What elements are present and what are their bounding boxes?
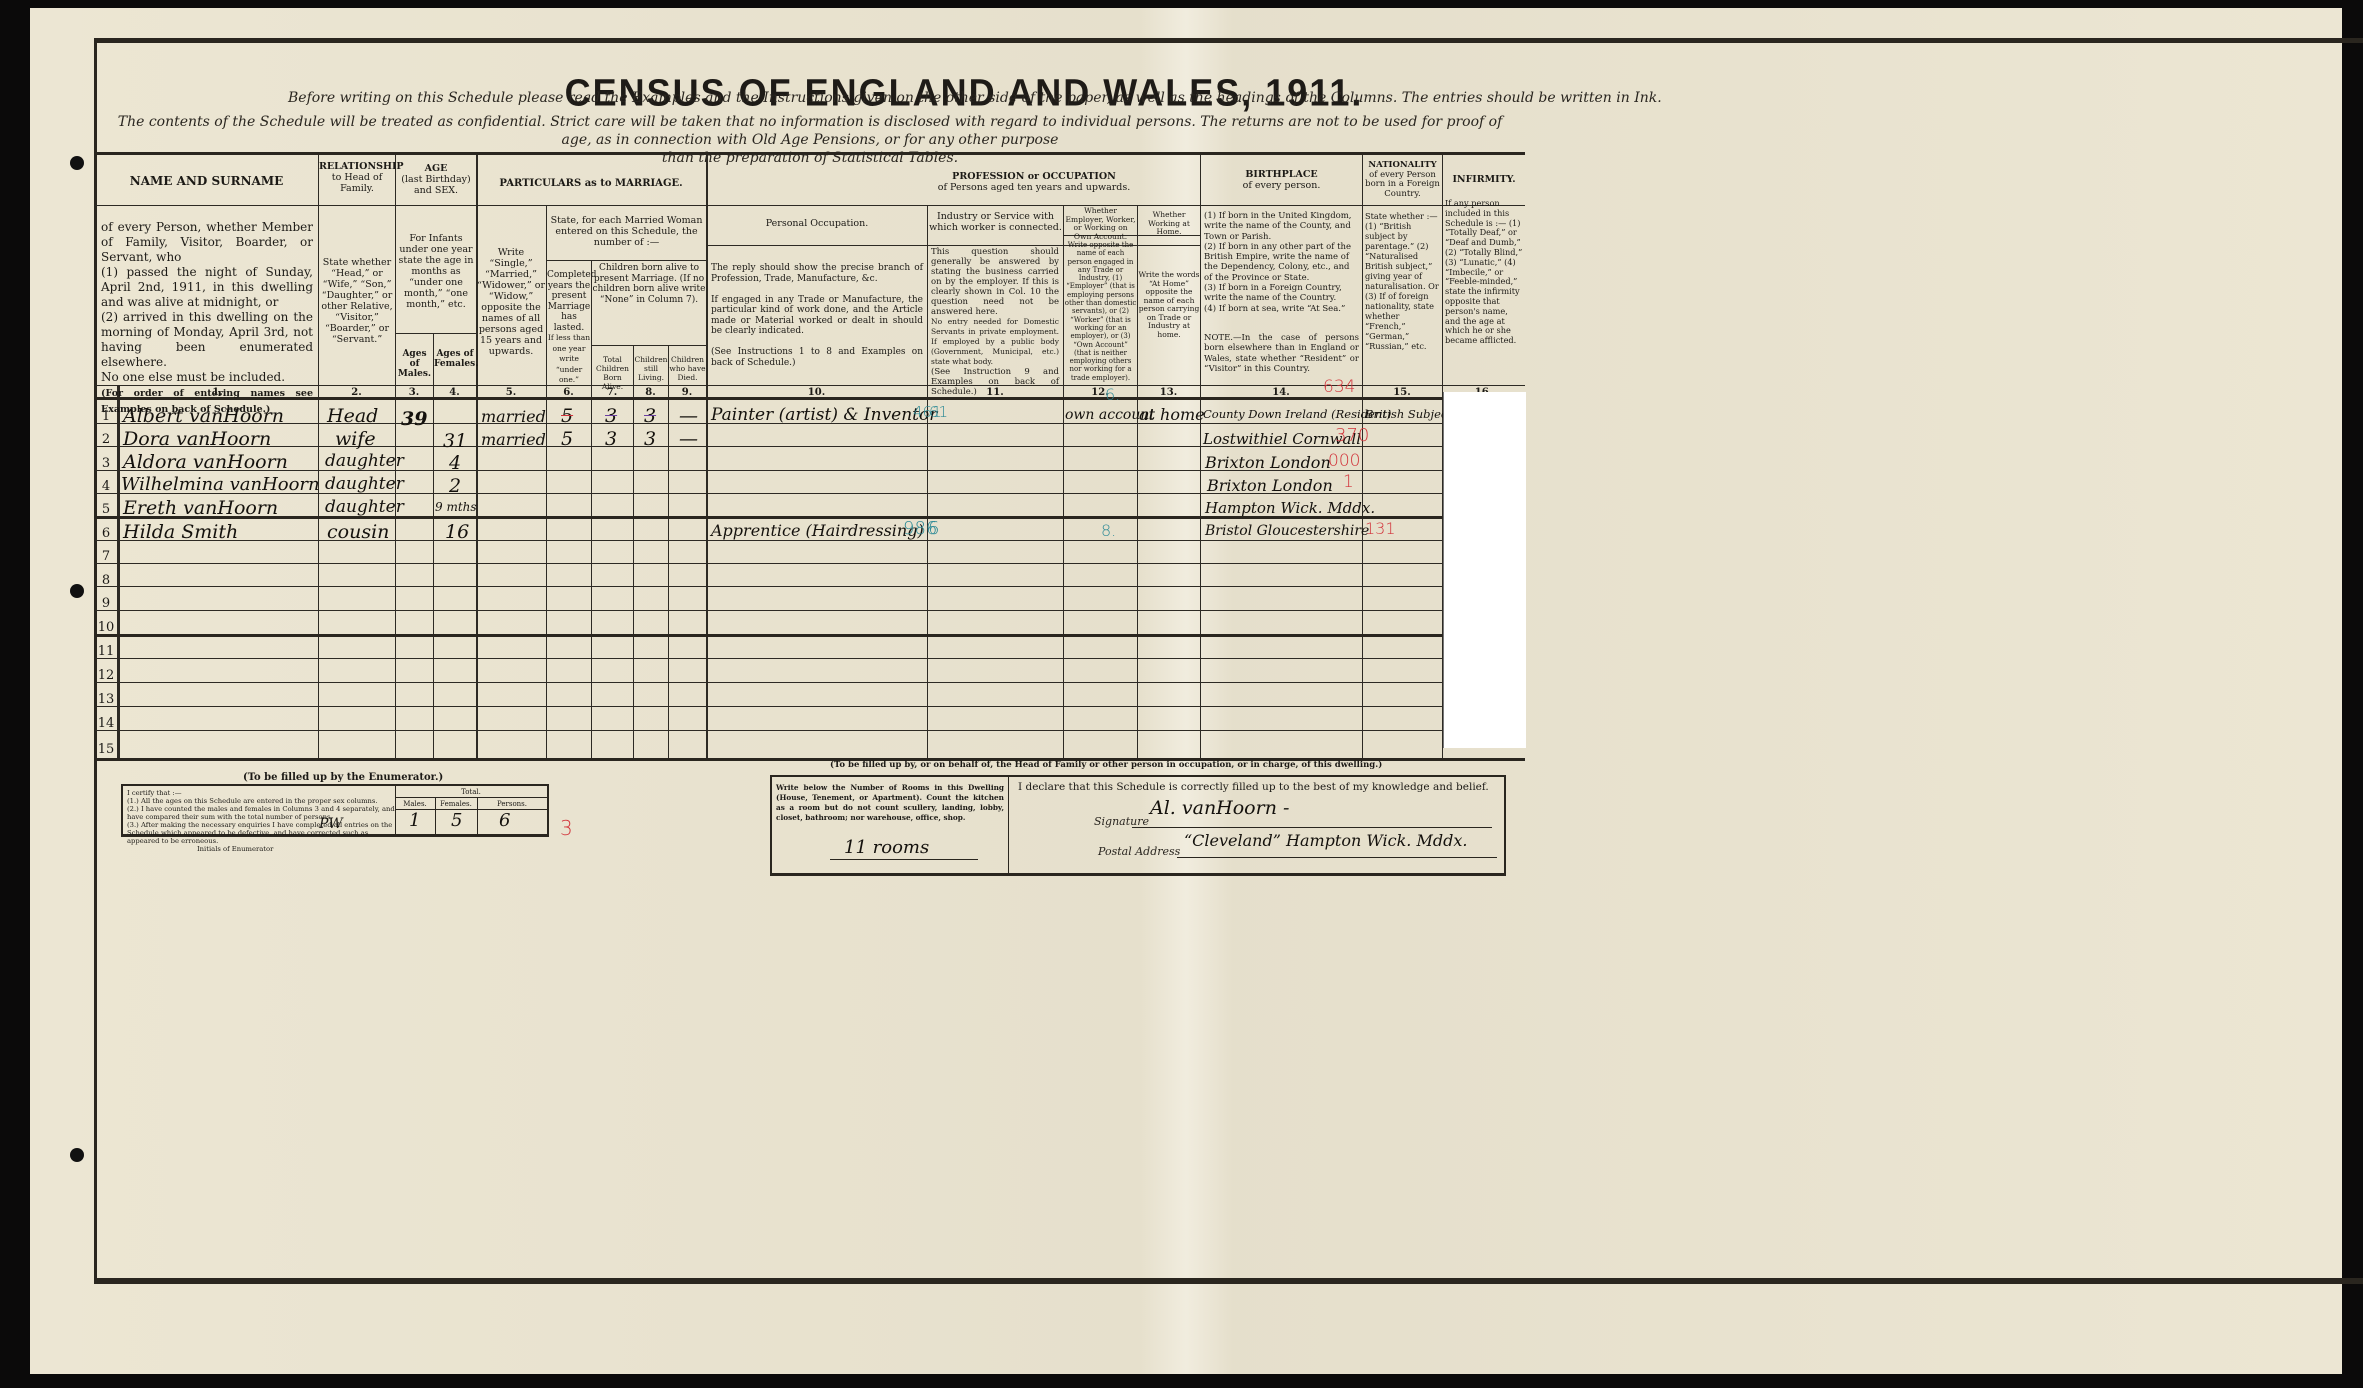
- header-name: NAME AND SURNAME: [95, 175, 318, 188]
- column-number: 12.: [1063, 387, 1137, 398]
- column-number: 13.: [1137, 387, 1200, 398]
- cell-name[interactable]: Wilhelmina vanHoorn: [121, 474, 320, 495]
- certificate-text: I certify that :— (1.) All the ages on t…: [127, 789, 395, 853]
- declaration-text: I declare that this Schedule is correctl…: [1018, 781, 1489, 793]
- cell-age-female[interactable]: 4: [449, 452, 461, 474]
- column-number: 6.: [546, 387, 591, 398]
- header-birthplace-text: (1) If born in the United Kingdom, write…: [1204, 211, 1359, 314]
- header-birthplace: BIRTHPLACEof every person.: [1201, 169, 1362, 191]
- total-females[interactable]: 5: [451, 810, 462, 831]
- header-nationality-text: State whether :— (1) “British subject by…: [1365, 211, 1441, 351]
- punch-hole: [70, 156, 84, 170]
- row-number: 4: [95, 479, 117, 494]
- row-number: 9: [95, 596, 117, 611]
- divider: [395, 333, 476, 334]
- divider: [633, 345, 634, 761]
- cell-relationship[interactable]: cousin: [327, 521, 389, 543]
- header-infirmity: INFIRMITY.: [1443, 173, 1525, 186]
- cell-name[interactable]: Albert vanHoorn: [123, 405, 284, 427]
- cell-birthplace[interactable]: Hampton Wick. Mddx.: [1205, 499, 1375, 517]
- column-number: 4.: [433, 387, 476, 398]
- header-col12: Whether Employer, Worker, or Working on …: [1064, 207, 1137, 241]
- header-col6: Completed years the present Marriage has…: [547, 270, 591, 386]
- industry-code: 6: [928, 518, 939, 539]
- header-children: Children born alive to present Marriage.…: [592, 263, 706, 305]
- enumerator-certificate: I certify that :— (1.) All the ages on t…: [121, 784, 549, 837]
- cell-children-born[interactable]: 3: [605, 428, 617, 450]
- column-number: 9.: [668, 387, 706, 398]
- row-number: 12: [95, 668, 117, 683]
- row-number: 15: [95, 742, 117, 757]
- divider: [476, 155, 478, 761]
- header-col13-text: Write the words “At Home” opposite the n…: [1138, 271, 1200, 339]
- header-col5: Write “Single,” “Married,” “Widower,” or…: [477, 247, 545, 357]
- cell-children-living[interactable]: 3: [644, 405, 656, 427]
- header-relationship-text: State whether “Head,” or “Wife,” “Son,” …: [321, 257, 393, 345]
- header-age-infants: For Infants under one year state the age…: [396, 233, 476, 310]
- birthplace-code: 370: [1335, 425, 1369, 446]
- divider: [668, 345, 669, 761]
- cell-birthplace[interactable]: Brixton London: [1207, 476, 1333, 495]
- females-label: Females.: [435, 800, 477, 808]
- total-persons[interactable]: 6: [499, 810, 510, 831]
- header-col13: Whether Working at Home.: [1138, 211, 1200, 237]
- postal-address-label: Postal Address: [1098, 845, 1180, 858]
- column-number: 1.: [117, 387, 318, 398]
- head-of-family-heading: (To be filled up by, or on behalf of, th…: [830, 760, 1382, 770]
- header-col12-text: Write opposite the name of each person e…: [1064, 241, 1137, 382]
- rooms-instruction: Write below the Number of Rooms in this …: [776, 783, 1004, 823]
- total-males[interactable]: 1: [409, 810, 420, 831]
- column-number: 10.: [706, 387, 927, 398]
- birthplace-code: 1: [1343, 472, 1354, 492]
- cell-relationship[interactable]: wife: [335, 428, 376, 450]
- row-number: 5: [95, 502, 117, 517]
- census-table: NAME AND SURNAME of every Person, whethe…: [95, 152, 1525, 761]
- cell-relationship[interactable]: daughter: [325, 474, 404, 494]
- cell-at-home[interactable]: at home: [1139, 405, 1205, 424]
- column-number: 11.: [927, 387, 1063, 398]
- cell-name[interactable]: Hilda Smith: [123, 521, 238, 543]
- header-age: AGE(last Birthday) and SEX.: [396, 163, 476, 196]
- row-number: 11: [95, 644, 117, 659]
- header-nationality: NATIONALITYof every Person born in a For…: [1363, 161, 1442, 199]
- column-number: 2.: [318, 387, 395, 398]
- header-marriage: PARTICULARS as to MARRIAGE.: [476, 177, 706, 190]
- header-married-woman: State, for each Married Woman entered on…: [547, 215, 706, 248]
- column-number: 8.: [633, 387, 668, 398]
- header-col7: Total Children Born Alive.: [592, 355, 633, 391]
- divider: [95, 205, 1525, 206]
- cell-age-male[interactable]: 39: [401, 408, 427, 430]
- birthplace-code: 000: [1328, 451, 1360, 471]
- cell-nationality[interactable]: British Subject: [1365, 407, 1452, 421]
- cell-children-died[interactable]: —: [679, 405, 698, 427]
- cell-children-living[interactable]: 3: [644, 428, 656, 450]
- divider: [1362, 155, 1363, 761]
- cell-birthplace[interactable]: Bristol Gloucestershire: [1205, 523, 1369, 539]
- header-birthplace-note: NOTE.—In the case of persons born elsewh…: [1204, 333, 1359, 374]
- row-number: 3: [95, 456, 117, 471]
- cell-birthplace[interactable]: County Down Ireland (Resident): [1203, 407, 1391, 421]
- employer-code: 8.: [1101, 521, 1116, 540]
- cell-children-died[interactable]: —: [679, 428, 698, 450]
- header-infirmity-text: If any person included in this Schedule …: [1445, 199, 1523, 346]
- divider: [318, 155, 319, 761]
- cell-relationship[interactable]: Head: [327, 405, 378, 427]
- header-col11: Industry or Service with which worker is…: [928, 211, 1063, 233]
- enumerator-heading: (To be filled up by the Enumerator.): [243, 772, 443, 783]
- cell-children-born[interactable]: 3: [605, 405, 617, 427]
- divider: [546, 260, 706, 261]
- signature[interactable]: Al. vanHoorn -: [1150, 797, 1289, 819]
- column-number: 5.: [476, 387, 546, 398]
- cell-birthplace[interactable]: Brixton London: [1205, 453, 1331, 472]
- persons-label: Persons.: [477, 800, 547, 808]
- header-col11-text: This question should generally be answer…: [931, 247, 1059, 397]
- enumerator-margin-code: 3: [560, 816, 573, 840]
- cell-occupation[interactable]: Apprentice (Hairdressing): [711, 521, 924, 540]
- postal-address[interactable]: “Cleveland” Hampton Wick. Mddx.: [1184, 831, 1467, 850]
- divider: [927, 205, 928, 761]
- column-number: 3.: [395, 387, 433, 398]
- cell-occupation[interactable]: Painter (artist) & Inventor: [711, 405, 937, 425]
- punch-hole: [70, 1148, 84, 1162]
- cell-marriage[interactable]: married: [481, 407, 546, 426]
- header-col10: Personal Occupation.: [707, 217, 927, 230]
- row-number: 1: [95, 409, 117, 424]
- row-number: 14: [95, 716, 117, 731]
- header-relationship: RELATIONSHIPto Head of Family.: [319, 161, 395, 194]
- divider: [117, 385, 120, 761]
- cell-relationship[interactable]: daughter: [325, 497, 404, 517]
- birthplace-code: 131: [1365, 519, 1396, 538]
- punch-hole: [70, 584, 84, 598]
- cell-age-female[interactable]: 31: [443, 430, 467, 452]
- cell-age-female[interactable]: 2: [449, 475, 461, 497]
- cell-name[interactable]: Aldora vanHoorn: [123, 451, 288, 473]
- column-number: 7.: [591, 387, 633, 398]
- divider: [591, 345, 706, 346]
- row-number: 13: [95, 692, 117, 707]
- divider: [591, 260, 592, 761]
- row-number: 2: [95, 432, 117, 447]
- cell-age-female[interactable]: 9 mths: [435, 500, 477, 514]
- number-of-rooms[interactable]: 11 rooms: [844, 837, 929, 858]
- total-label: Total.: [395, 788, 547, 796]
- header-col8: Children still Living.: [634, 355, 668, 382]
- males-label: Males.: [395, 800, 435, 808]
- column-number: 15.: [1362, 387, 1442, 398]
- row-number: 8: [95, 573, 117, 588]
- header-age-males: Ages of Males.: [396, 349, 433, 379]
- redacted-infirmity-column: [1443, 392, 1526, 748]
- header-col10-text: The reply should show the precise branch…: [711, 263, 923, 368]
- row-number: 6: [95, 526, 117, 541]
- employer-code-annotation: 6.: [1105, 385, 1120, 404]
- cell-years-married[interactable]: 5: [561, 428, 573, 450]
- enumerator-initials[interactable]: PW: [319, 816, 343, 832]
- cell-name[interactable]: Dora vanHoorn: [123, 428, 271, 450]
- industry-code: 61: [929, 403, 948, 421]
- cell-marriage[interactable]: married: [481, 430, 546, 449]
- cell-name[interactable]: Ereth vanHoorn: [123, 497, 278, 519]
- cell-years-married[interactable]: 5: [561, 405, 573, 427]
- header-col9: Children who have Died.: [669, 355, 706, 382]
- cell-age-female[interactable]: 16: [445, 521, 469, 543]
- cell-relationship[interactable]: daughter: [325, 451, 404, 471]
- birthplace-code-annotation: 634: [1323, 377, 1355, 397]
- divider: [1200, 155, 1201, 761]
- row-number: 7: [95, 549, 117, 564]
- rooms-declaration-box: Write below the Number of Rooms in this …: [770, 775, 1506, 876]
- header-age-females: Ages of Females.: [434, 349, 476, 369]
- row-number: 10: [95, 620, 117, 635]
- instruction-line: Before writing on this Schedule please r…: [288, 90, 1662, 106]
